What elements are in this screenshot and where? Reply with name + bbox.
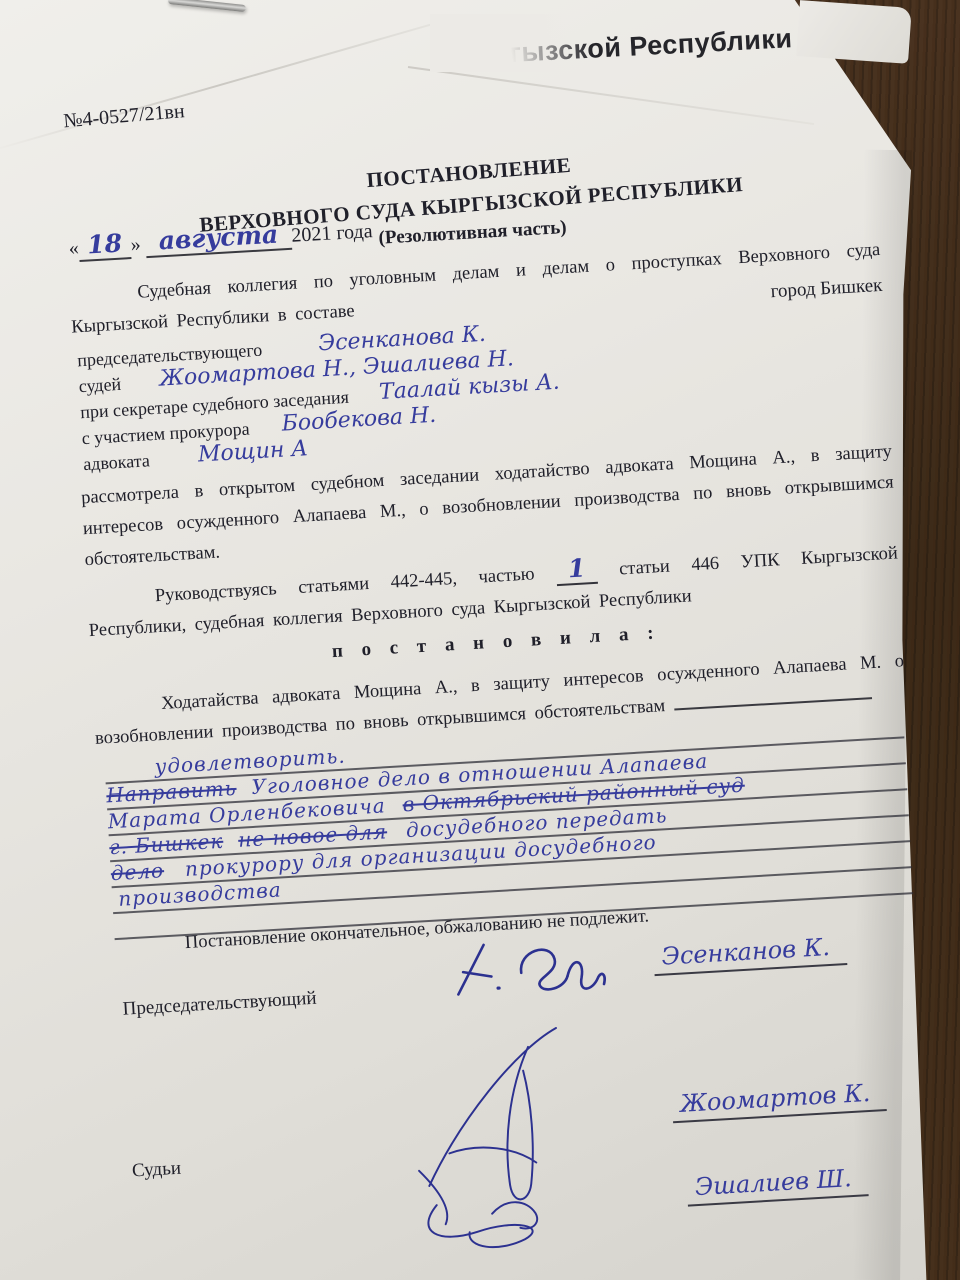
photo-scene: Кыргызской Республики №4-0527/21вн ПОСТА… — [0, 0, 960, 1280]
date-year: 2021 года — [291, 220, 373, 247]
date-quote-close: » — [130, 234, 141, 257]
role-label: адвоката — [83, 450, 151, 474]
judges-label: Судьи — [131, 1153, 182, 1187]
handwritten-month: августа — [158, 220, 279, 256]
case-number: №4-0527/21вн — [63, 100, 186, 133]
judge1-name: Жоомартов К. — [671, 1078, 887, 1123]
blank-underline — [673, 679, 872, 710]
presiding-signature — [437, 922, 642, 1023]
judge2-name: Эшалиев Ш. — [686, 1163, 869, 1206]
presiding-label: Председательствующий — [122, 983, 318, 1025]
handwritten-struck-text: дело — [110, 858, 165, 885]
handwritten-part-number: 1 — [555, 553, 598, 586]
paper-overlap-wedge — [430, 14, 620, 72]
document-content: №4-0527/21вн ПОСТАНОВЛЕНИЕ ВЕРХОВНОГО СУ… — [58, 49, 936, 1264]
judges-signature — [350, 1010, 633, 1260]
presiding-name: Эсенканов К. — [653, 932, 847, 976]
role-label: судей — [78, 374, 121, 396]
handwritten-day: 18 — [86, 229, 122, 260]
handwritten-name: Мощин А — [197, 436, 308, 467]
